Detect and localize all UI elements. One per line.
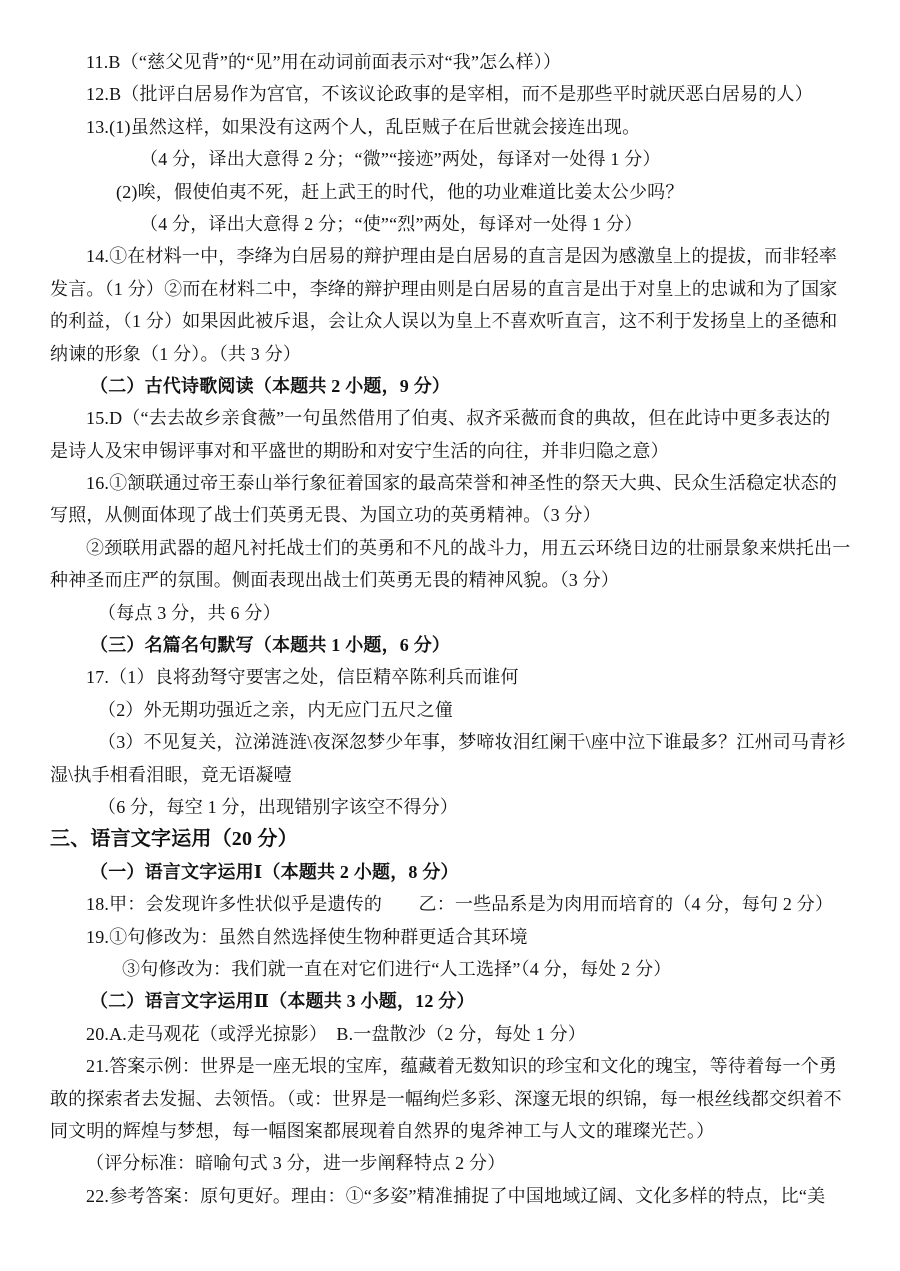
answer-17-scoring: （6 分，每空 1 分，出现错别字该空不得分） bbox=[50, 791, 872, 823]
answer-16-line-1: 16.①颔联通过帝王泰山举行象征着国家的最高荣誉和神圣性的祭天大典、民众生活稳定… bbox=[50, 467, 872, 499]
section-heading-language-use-2: （二）语言文字运用Ⅱ（本题共 3 小题，12 分） bbox=[50, 985, 872, 1017]
answer-19-line-2: ③句修改为：我们就一直在对它们进行“人工选择”（4 分，每处 2 分） bbox=[50, 953, 872, 985]
answer-13-part-1-scoring: （4 分，译出大意得 2 分；“微”“接迹”两处，每译对一处得 1 分） bbox=[50, 143, 872, 175]
answer-17-part-2: （2）外无期功强近之亲，内无应门五尺之僮 bbox=[50, 694, 872, 726]
answer-19-line-1: 19.①句修改为：虽然自然选择使生物种群更适合其环境 bbox=[50, 921, 872, 953]
answer-15-line-2: 是诗人及宋申锡评事对和平盛世的期盼和对安宁生活的向往，并非归隐之意） bbox=[50, 435, 872, 467]
answer-key-page: 11.B（“慈父见背”的“见”用在动词前面表示对“我”怎么样）） 12.B（批评… bbox=[0, 0, 900, 1271]
answer-17-part-1: 17.（1）良将劲弩守要害之处，信臣精卒陈利兵而谁何 bbox=[50, 661, 872, 693]
answer-18: 18.甲：会发现许多性状似乎是遗传的 乙：一些品系是为肉用而培育的（4 分，每句… bbox=[50, 888, 872, 920]
section-heading-poetry-reading: （二）古代诗歌阅读（本题共 2 小题，9 分） bbox=[50, 370, 872, 402]
answer-16-scoring: （每点 3 分，共 6 分） bbox=[50, 597, 872, 629]
answer-14-line-4: 纳谏的形象（1 分）。（共 3 分） bbox=[50, 338, 872, 370]
answer-17-part-3-line-2: 湿\执手相看泪眼，竟无语凝噎 bbox=[50, 759, 872, 791]
section-heading-famous-passages: （三）名篇名句默写（本题共 1 小题，6 分） bbox=[50, 629, 872, 661]
answer-14-line-3: 的利益，（1 分）如果因此被斥退，会让众人误以为皇上不喜欢听直言，这不利于发扬皇… bbox=[50, 305, 872, 337]
answer-16-line-2: 写照，从侧面体现了战士们英勇无畏、为国立功的英勇精神。（3 分） bbox=[50, 499, 872, 531]
section-heading-language-use-1: （一）语言文字运用Ⅰ（本题共 2 小题，8 分） bbox=[50, 856, 872, 888]
answer-20: 20.A.走马观花（或浮光掠影） B.一盘散沙（2 分，每处 1 分） bbox=[50, 1018, 872, 1050]
answer-21-line-3: 同文明的辉煌与梦想，每一幅图案都展现着自然界的鬼斧神工与人文的璀璨光芒。） bbox=[50, 1115, 872, 1147]
answer-22-line-1: 22.参考答案：原句更好。理由：①“多姿”精准捕捉了中国地域辽阔、文化多样的特点… bbox=[50, 1180, 872, 1212]
answer-21-line-1: 21.答案示例：世界是一座无垠的宝库，蕴藏着无数知识的珍宝和文化的瑰宝，等待着每… bbox=[50, 1050, 872, 1082]
answer-16-line-4: 种神圣而庄严的氛围。侧面表现出战士们英勇无畏的精神风貌。（3 分） bbox=[50, 564, 872, 596]
answer-16-line-3: ②颈联用武器的超凡衬托战士们的英勇和不凡的战斗力，用五云环绕日边的壮丽景象来烘托… bbox=[50, 532, 872, 564]
answer-14-line-1: 14.①在材料一中，李绛为白居易的辩护理由是白居易的直言是因为感激皇上的提拔，而… bbox=[50, 240, 872, 272]
answer-14-line-2: 发言。（1 分）②而在材料二中，李绛的辩护理由则是白居易的直言是出于对皇上的忠诚… bbox=[50, 273, 872, 305]
answer-15-line-1: 15.D（“去去故乡亲食薇”一句虽然借用了伯夷、叔齐采薇而食的典故，但在此诗中更… bbox=[50, 402, 872, 434]
answer-11: 11.B（“慈父见背”的“见”用在动词前面表示对“我”怎么样）） bbox=[50, 46, 872, 78]
answer-21-scoring: （评分标准：暗喻句式 3 分，进一步阐释特点 2 分） bbox=[50, 1147, 872, 1179]
answer-13-part-2-scoring: （4 分，译出大意得 2 分；“使”“烈”两处，每译对一处得 1 分） bbox=[50, 208, 872, 240]
answer-17-part-3-line-1: （3）不见复关，泣涕涟涟\夜深忽梦少年事，梦啼妆泪红阑干\座中泣下谁最多？江州司… bbox=[50, 726, 872, 758]
part-heading-language-use: 三、语言文字运用（20 分） bbox=[50, 823, 872, 855]
answer-13-part-2: (2)唉，假使伯夷不死，赶上武王的时代，他的功业难道比姜太公少吗？ bbox=[50, 176, 872, 208]
answer-21-line-2: 敢的探索者去发掘、去领悟。（或：世界是一幅绚烂多彩、深邃无垠的织锦，每一根丝线都… bbox=[50, 1083, 872, 1115]
answer-13-part-1: 13.(1)虽然这样，如果没有这两个人，乱臣贼子在后世就会接连出现。 bbox=[50, 111, 872, 143]
answer-12: 12.B（批评白居易作为宫官，不该议论政事的是宰相，而不是那些平时就厌恶白居易的… bbox=[50, 78, 872, 110]
